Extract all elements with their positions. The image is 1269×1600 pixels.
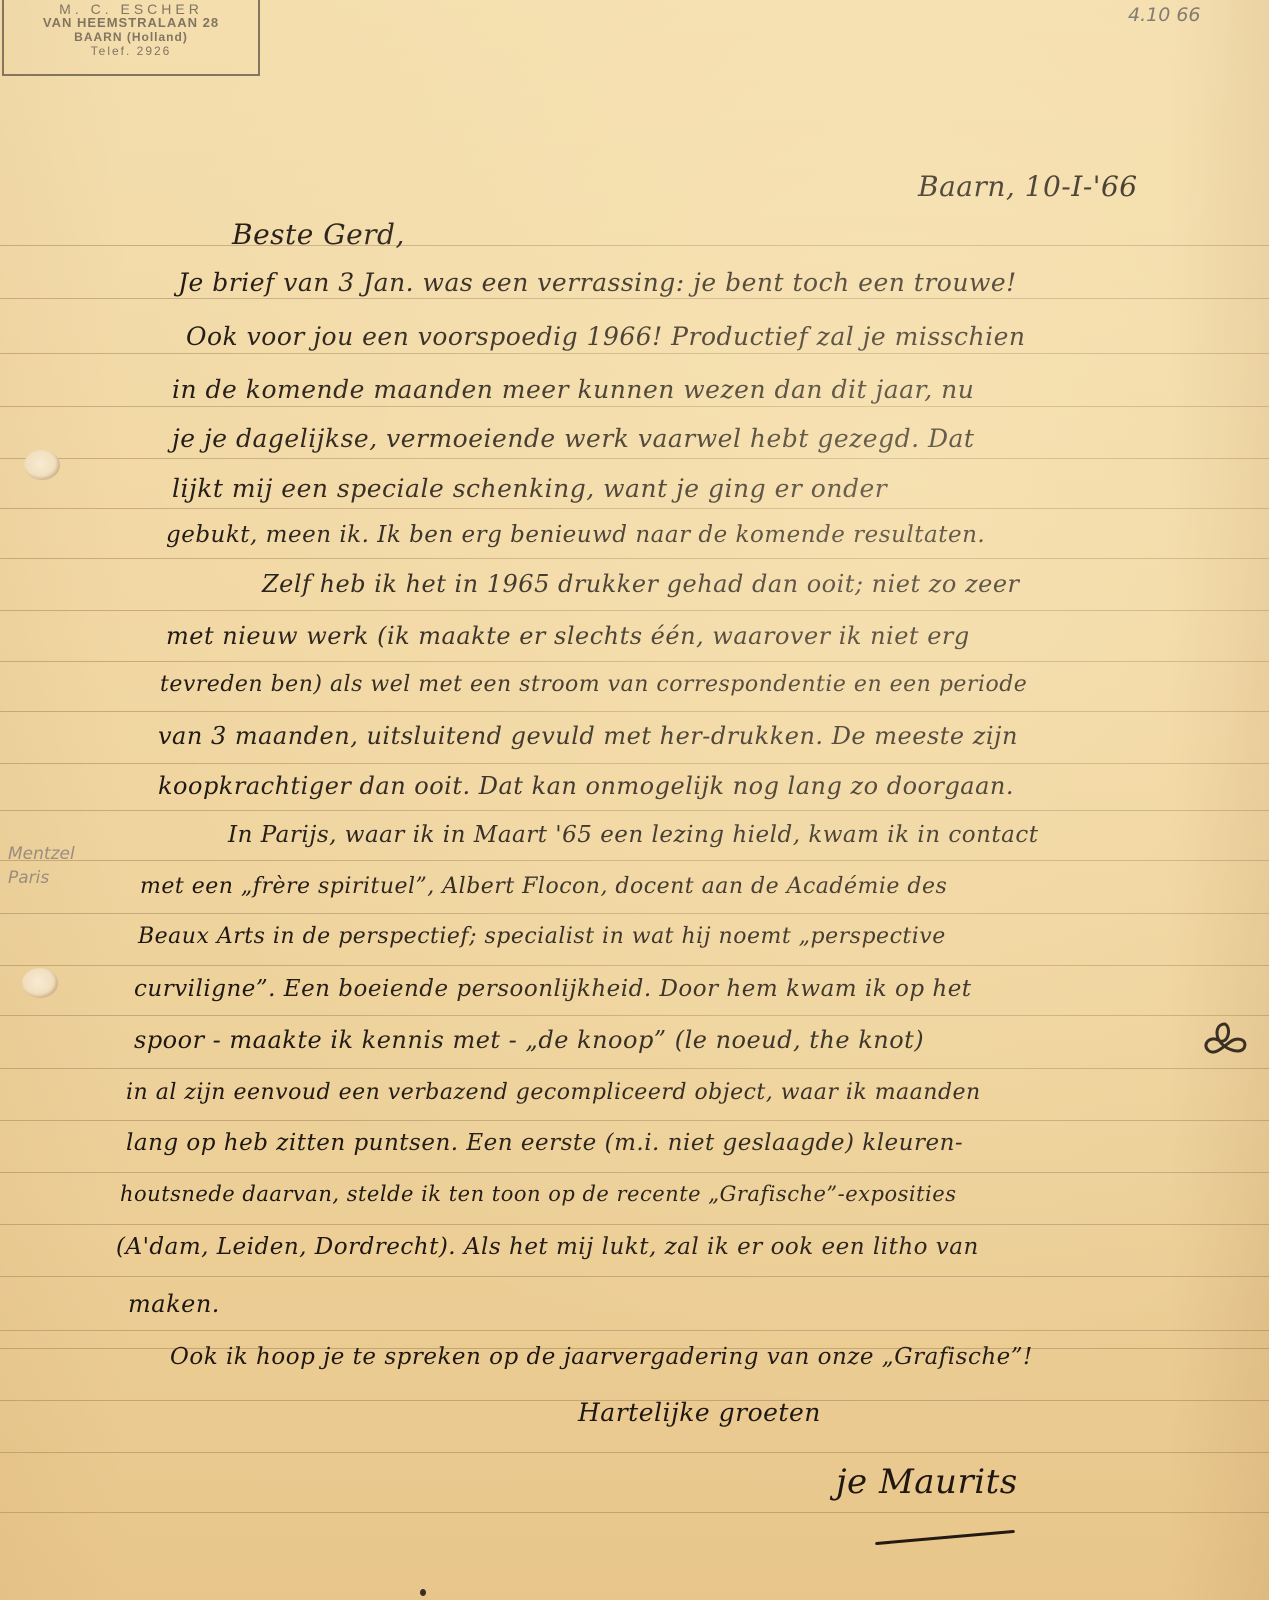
body-line: lang op heb zitten puntsen. Een eerste (… bbox=[126, 1130, 963, 1156]
ruled-line bbox=[0, 508, 1269, 509]
ruled-line bbox=[0, 1120, 1269, 1121]
body-line: Ook ik hoop je te spreken op de jaarverg… bbox=[170, 1344, 1033, 1370]
body-line: je je dagelijkse, vermoeiende werk vaarw… bbox=[172, 424, 974, 453]
salutation: Beste Gerd, bbox=[232, 218, 405, 251]
body-line: Je brief van 3 Jan. was een verrassing: … bbox=[178, 268, 1017, 297]
ruled-line bbox=[0, 406, 1269, 407]
ruled-line bbox=[0, 610, 1269, 611]
body-line: Beaux Arts in de perspectief; specialist… bbox=[138, 924, 946, 949]
body-line: spoor - maakte ik kennis met - „de knoop… bbox=[134, 1026, 924, 1054]
ruled-line bbox=[0, 1068, 1269, 1069]
body-line: van 3 maanden, uitsluitend gevuld met he… bbox=[158, 722, 1018, 750]
body-line: Ook voor jou een voorspoedig 1966! Produ… bbox=[186, 322, 1026, 351]
ruled-line bbox=[0, 810, 1269, 811]
ruled-line bbox=[0, 245, 1269, 246]
margin-note-line: Paris bbox=[8, 866, 75, 890]
body-line: In Parijs, waar ik in Maart '65 een lezi… bbox=[228, 822, 1038, 848]
ruled-line bbox=[0, 558, 1269, 559]
ruled-line bbox=[0, 763, 1269, 764]
signature-underline bbox=[875, 1530, 1015, 1545]
ruled-line bbox=[0, 965, 1269, 966]
archive-date: 4.10 66 bbox=[1128, 4, 1201, 26]
letter-page: M. C. ESCHER VAN HEEMSTRALAAN 28 BAARN (… bbox=[0, 0, 1269, 1600]
ink-dot bbox=[420, 1589, 426, 1596]
ruled-line bbox=[0, 1015, 1269, 1016]
ruled-line bbox=[0, 711, 1269, 712]
ruled-line bbox=[0, 1276, 1269, 1277]
ruled-line bbox=[0, 860, 1269, 861]
body-line: koopkrachtiger dan ooit. Dat kan onmogel… bbox=[158, 772, 1014, 800]
body-line: curviligne”. Een boeiende persoonlijkhei… bbox=[134, 976, 972, 1002]
body-line: tevreden ben) als wel met een stroom van… bbox=[160, 672, 1027, 697]
ruled-line bbox=[0, 1452, 1269, 1453]
body-line: in de komende maanden meer kunnen wezen … bbox=[172, 375, 974, 404]
body-line: maken. bbox=[128, 1290, 220, 1318]
body-line: gebukt, meen ik. Ik ben erg benieuwd naa… bbox=[166, 522, 985, 548]
place-date: Baarn, 10-I-'66 bbox=[918, 170, 1138, 203]
ruled-line bbox=[0, 1224, 1269, 1225]
margin-note-line: Mentzel bbox=[8, 842, 75, 866]
body-line: met een „frère spirituel”, Albert Flocon… bbox=[140, 874, 947, 899]
trefoil-knot-icon bbox=[1200, 1018, 1250, 1068]
ruled-line bbox=[0, 913, 1269, 914]
letterhead-phone: Telef. 2926 bbox=[4, 44, 258, 58]
letterhead-name: M. C. ESCHER bbox=[4, 2, 258, 16]
punch-hole bbox=[24, 450, 60, 480]
ruled-line bbox=[0, 458, 1269, 459]
body-line: lijkt mij een speciale schenking, want j… bbox=[172, 474, 887, 503]
body-line: Zelf heb ik het in 1965 drukker gehad da… bbox=[262, 570, 1020, 598]
body-line: (A'dam, Leiden, Dordrecht). Als het mij … bbox=[116, 1234, 979, 1260]
letterhead-street: VAN HEEMSTRALAAN 28 bbox=[4, 16, 258, 30]
ruled-line bbox=[0, 1172, 1269, 1173]
ruled-line bbox=[0, 353, 1269, 354]
body-line: houtsnede daarvan, stelde ik ten toon op… bbox=[120, 1182, 956, 1206]
punch-hole bbox=[22, 968, 58, 998]
body-line: met nieuw werk (ik maakte er slechts één… bbox=[166, 622, 970, 650]
letterhead-stamp: M. C. ESCHER VAN HEEMSTRALAAN 28 BAARN (… bbox=[2, 0, 260, 76]
signature: je Maurits bbox=[836, 1462, 1018, 1502]
ruled-line bbox=[0, 1512, 1269, 1513]
margin-note: Mentzel Paris bbox=[8, 842, 75, 890]
ruled-line bbox=[0, 1330, 1269, 1331]
letterhead-city: BAARN (Holland) bbox=[4, 30, 258, 44]
body-line: in al zijn eenvoud een verbazend gecompl… bbox=[126, 1080, 981, 1105]
ruled-line bbox=[0, 661, 1269, 662]
ruled-line bbox=[0, 298, 1269, 299]
closing: Hartelijke groeten bbox=[578, 1398, 821, 1427]
